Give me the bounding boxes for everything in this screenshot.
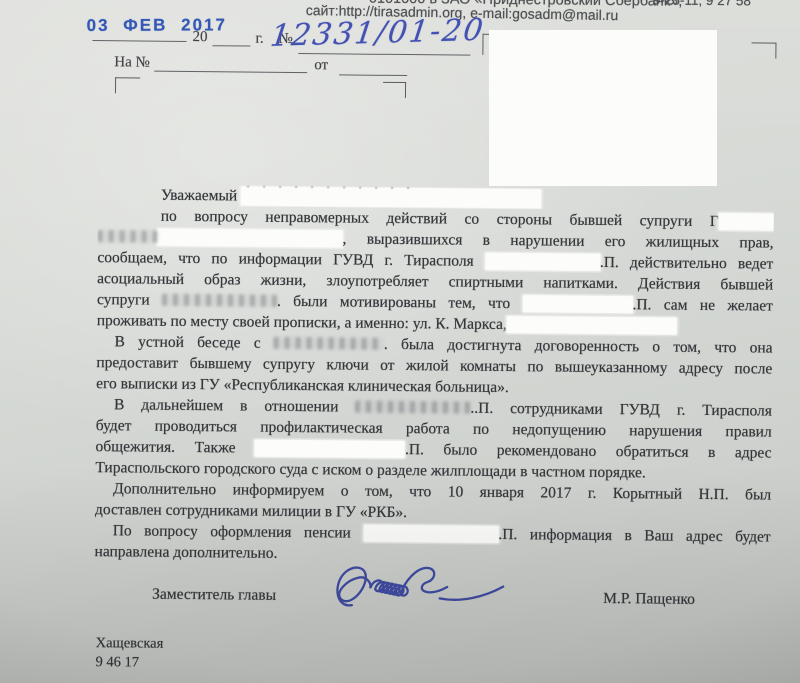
scanned-letter-photo: 0101000 в ЗАО «Приднестровский Сбербанк»… (0, 0, 800, 683)
letter-body: Уважаемый по вопросу неправомерных дейст… (94, 184, 774, 568)
position-title: Заместитель главы (152, 586, 276, 605)
reply-label: На № (114, 54, 150, 71)
redaction-addressee-block (489, 30, 717, 186)
redaction-blur (274, 337, 384, 350)
corner-mark-left-tr (383, 82, 406, 98)
reply-from-label: от (314, 57, 328, 74)
document-number-handwritten: 12331/01-20 (268, 13, 486, 54)
number-underline (298, 53, 470, 56)
redaction-blur (162, 294, 277, 307)
executor-phone: 9 46 17 (95, 653, 163, 673)
executor-block: Хащевская 9 46 17 (95, 634, 163, 673)
date-underline (92, 40, 186, 42)
redaction-white (158, 229, 343, 248)
handwritten-signature (326, 554, 513, 624)
year-label: г. (255, 31, 263, 48)
executor-name: Хащевская (96, 634, 164, 654)
redaction-blur (355, 401, 470, 414)
year-underline (212, 45, 250, 46)
redaction-blur (98, 230, 158, 243)
letterhead-phones-fragment: 9-25-11, 9 27 58 (653, 0, 751, 8)
redaction-white (255, 440, 405, 458)
year-prefix: 20 (192, 29, 207, 46)
redaction-whitepeek (241, 186, 541, 208)
redaction-white (719, 213, 774, 231)
corner-mark-left-tl (115, 77, 140, 93)
corner-mark-right-tr (751, 42, 776, 58)
redaction-white (522, 295, 632, 313)
redaction-white (507, 316, 677, 335)
reply-date-underline (339, 74, 407, 76)
redaction-white (485, 253, 600, 271)
redaction-white (363, 525, 498, 543)
signer-name: М.Р. Пащенко (603, 590, 695, 609)
reply-number-underline (154, 71, 307, 73)
